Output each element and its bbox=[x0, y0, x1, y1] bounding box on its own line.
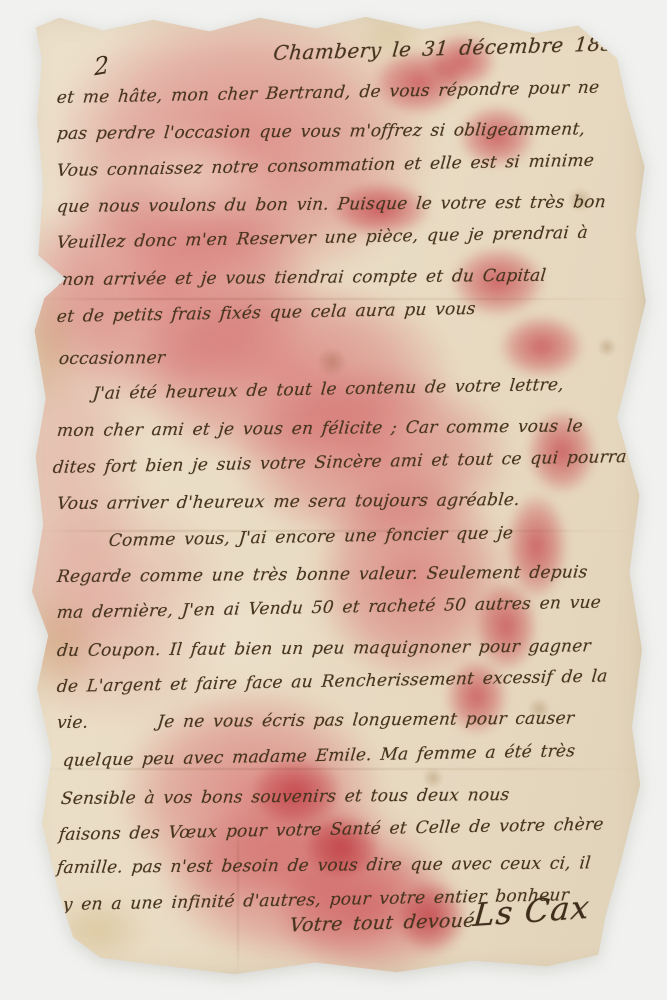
letter-line: pas perdre l'occasion que vous m'offrez … bbox=[56, 119, 586, 144]
letter-line: du Coupon. Il faut bien un peu maquignon… bbox=[56, 636, 592, 661]
letter-line: que nous voulons du bon vin. Puisque le … bbox=[56, 192, 607, 217]
letter-line: et de petits frais fixés que cela aura p… bbox=[56, 299, 476, 327]
scan-background: 2 Chambery le 31 décembre 1856 et me hât… bbox=[0, 0, 667, 1000]
letter-line: vie. Je ne vous écris pas longuement pou… bbox=[56, 708, 575, 733]
letter-line: Comme vous, J'ai encore une foncier que … bbox=[108, 523, 514, 551]
letter-paper-wrap: 2 Chambery le 31 décembre 1856 et me hât… bbox=[22, 12, 647, 978]
letter-line: occasionner bbox=[58, 348, 166, 369]
letter-line: et me hâte, mon cher Bertrand, de vous r… bbox=[56, 78, 600, 108]
letter-signature: Ls Cax bbox=[472, 888, 592, 934]
letter-line: dites fort bien je suis votre Sincère am… bbox=[52, 447, 628, 478]
letter-line: quelque peu avec madame Emile. Ma femme … bbox=[62, 741, 576, 771]
letter-date-heading: Chambery le 31 décembre 1856 bbox=[272, 31, 628, 65]
letter-closing: Votre tout devoué bbox=[289, 910, 476, 937]
letter-line: faisons des Vœux pour votre Santé et Cel… bbox=[58, 815, 604, 845]
letter-line: Vous connaissez notre consommation et el… bbox=[56, 151, 595, 181]
letter-line: Sensible à vos bons souvenirs et tous de… bbox=[60, 785, 510, 809]
letter-line: famille. pas n'est besoin de vous dire q… bbox=[56, 853, 592, 878]
letter-line: Regarde comme une très bonne valeur. Seu… bbox=[56, 562, 589, 587]
letter-line: J'ai été heureux de tout le contenu de v… bbox=[92, 375, 565, 404]
letter-line: mon arrivée et je vous tiendrai compte e… bbox=[56, 266, 547, 290]
letter-paper: 2 Chambery le 31 décembre 1856 et me hât… bbox=[22, 12, 647, 978]
page-number-mark: 2 bbox=[94, 51, 110, 82]
handwriting-layer: 2 Chambery le 31 décembre 1856 et me hât… bbox=[22, 12, 647, 978]
letter-line: Veuillez donc m'en Reserver une pièce, q… bbox=[56, 223, 589, 253]
letter-line: mon cher ami et je vous en félicite ; Ca… bbox=[56, 416, 584, 441]
letter-line: Vous arriver d'heureux me sera toujours … bbox=[56, 490, 521, 514]
letter-line: de L'argent et faire face au Rencherisse… bbox=[56, 666, 608, 697]
letter-line: ma dernière, J'en ai Vendu 50 et racheté… bbox=[56, 593, 602, 623]
